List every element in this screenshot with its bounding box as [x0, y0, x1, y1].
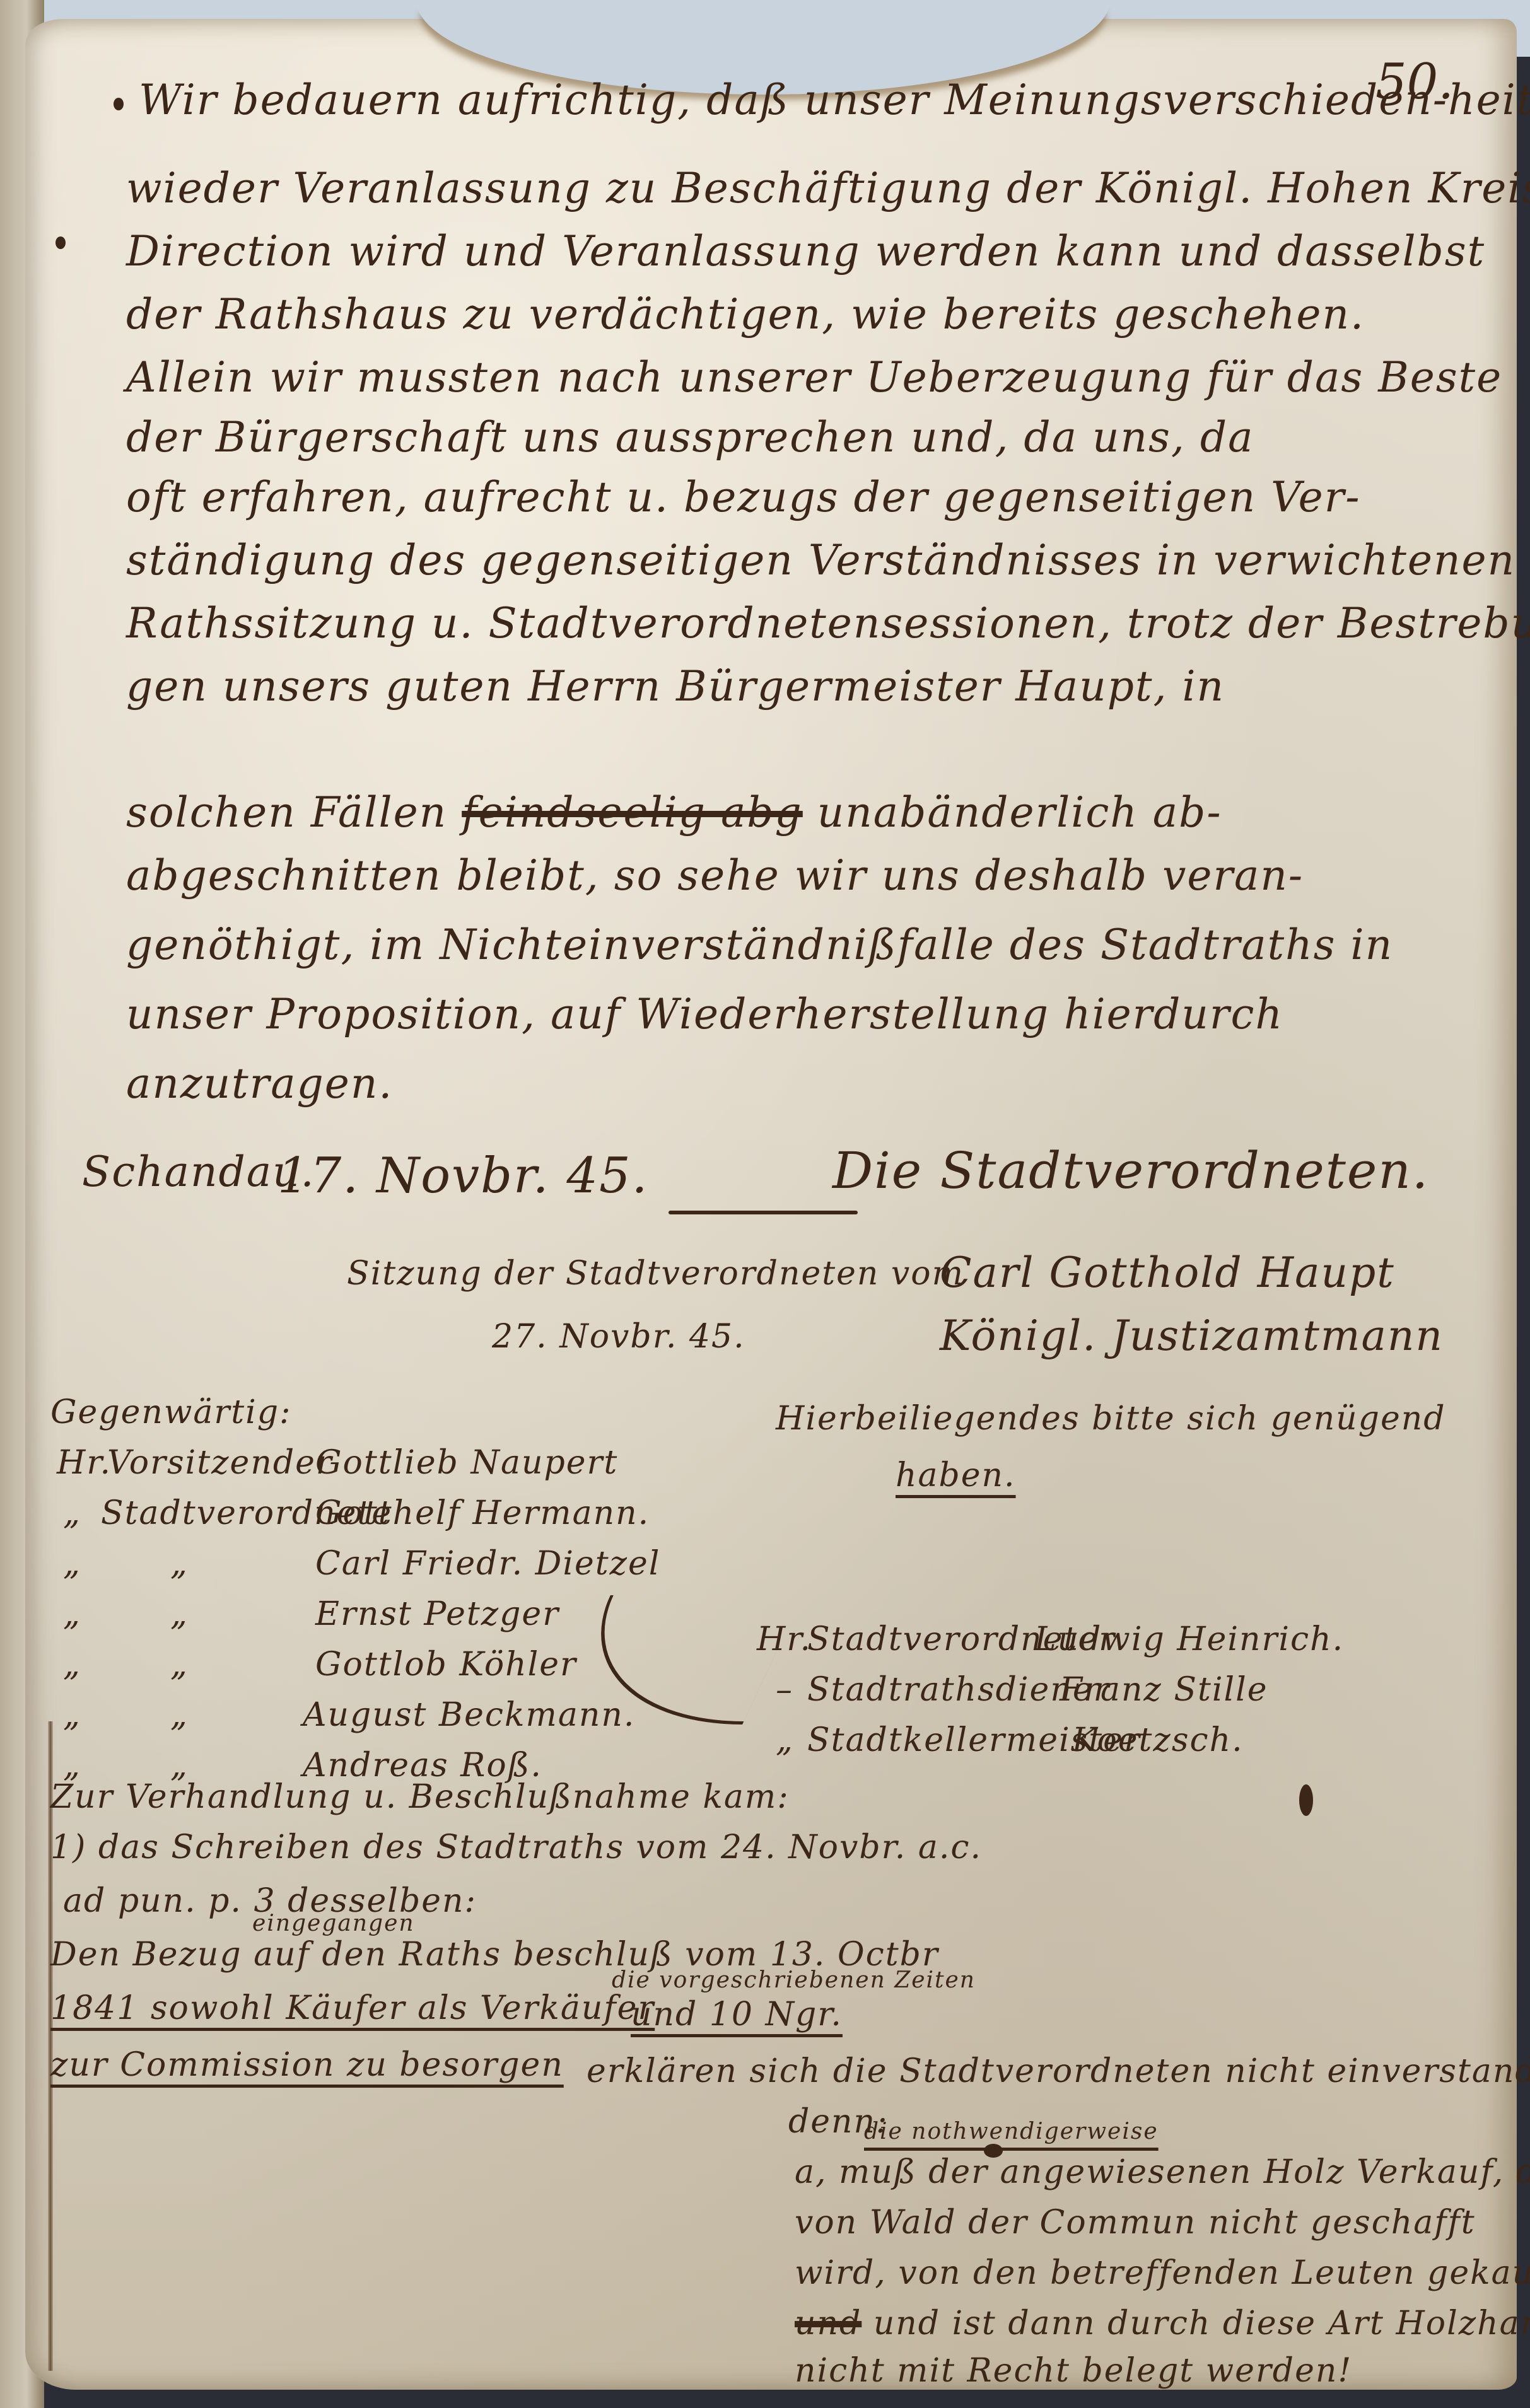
- session-heading: Sitzung der Stadtverordneten vom: [347, 1255, 964, 1293]
- text-line: Allein wir mussten nach unserer Ueberzeu…: [126, 353, 1502, 402]
- session-note: Hierbeiliegendes bitte sich genügend: [776, 1400, 1446, 1438]
- text-line: Wir bedauern aufrichtig, daß unser Meinu…: [139, 76, 1530, 124]
- divider-rule: [669, 1211, 858, 1214]
- text-line: solchen Fällen feindseelig abg unabänder…: [126, 788, 1222, 837]
- inserted-text: eingegangen: [252, 1911, 415, 1936]
- attendee-prefix: „: [63, 1595, 81, 1633]
- response-line: und und ist dann durch diese Art Holzhan…: [795, 2305, 1530, 2342]
- text-line: Rathssitzung u. Stadtverordnetensessione…: [126, 599, 1530, 648]
- attendee-name: August Beckmann.: [303, 1696, 635, 1734]
- text-line: Direction wird und Veranlassung werden k…: [126, 227, 1485, 276]
- text-line: oft erfahren, aufrecht u. bezugs der geg…: [126, 473, 1361, 521]
- attendee-name: Carl Friedr. Dietzel: [315, 1545, 660, 1583]
- attendee-name: Franz Stille: [1060, 1671, 1268, 1709]
- inserted-text: die vorgeschriebenen Zeiten: [612, 1967, 976, 1993]
- text-fragment: solchen Fällen: [126, 788, 447, 837]
- agenda-intro: Zur Verhandlung u. Beschlußnahme kam:: [50, 1778, 790, 1816]
- agenda-item-line: zur Commission zu besorgen: [50, 2046, 564, 2084]
- text-fragment: und ist dann durch diese Art Holzhandlun…: [873, 2305, 1530, 2342]
- ink-blot: [984, 2144, 1003, 2158]
- attendee-prefix: „: [63, 1696, 81, 1734]
- attendee-name: Koetzsch.: [1072, 1721, 1244, 1759]
- text-line: gen unsers guten Herrn Bürgermeister Hau…: [126, 662, 1225, 711]
- text-line: der Bürgerschaft uns aussprechen und, da…: [126, 413, 1254, 462]
- session-date: 27. Novbr. 45.: [492, 1318, 745, 1356]
- attendee-prefix: „: [63, 1494, 81, 1532]
- response-line: erklären sich die Stadtverordneten nicht…: [587, 2052, 1530, 2090]
- response-line: wird, von den betreffenden Leuten gekauf…: [795, 2254, 1530, 2292]
- response-line: nicht mit Recht belegt werden!: [795, 2352, 1352, 2390]
- attendee-role: „: [170, 1646, 189, 1684]
- session-note-end: haben.: [896, 1457, 1016, 1494]
- text-line: wieder Veranlassung zu Beschäftigung der…: [126, 164, 1530, 212]
- closing-signatory: Die Stadtverordneten.: [832, 1141, 1429, 1200]
- ink-blot: [55, 236, 66, 249]
- text-line: anzutragen.: [126, 1059, 393, 1108]
- response-line: von Wald der Commun nicht geschafft: [795, 2204, 1476, 2242]
- ink-blot: [1299, 1784, 1313, 1816]
- closing-date: 17. Novbr. 45.: [277, 1148, 648, 1204]
- attendee-role: „: [170, 1545, 189, 1583]
- attendance-label: Gegenwärtig:: [50, 1393, 292, 1431]
- inserted-text: und 10 Ngr.: [631, 1996, 843, 2033]
- text-line: unser Proposition, auf Wiederherstellung…: [126, 990, 1283, 1038]
- attendee-role: „: [170, 1595, 189, 1633]
- agenda-item-line: 1841 sowohl Käufer als Verkäufer: [50, 1989, 655, 2027]
- attendee-name: Ludwig Heinrich.: [1034, 1620, 1344, 1658]
- attendee-name: Gotthelf Hermann.: [315, 1494, 650, 1532]
- response-line: a, muß der angewiesenen Holz Verkauf, de…: [795, 2153, 1530, 2191]
- attendee-name: Ernst Petzger: [315, 1595, 559, 1633]
- attendee-prefix: „: [63, 1646, 81, 1684]
- attendee-prefix: Hr.: [757, 1620, 812, 1658]
- ink-blot: [114, 98, 124, 110]
- attendee-name: Gottlieb Naupert: [315, 1444, 618, 1482]
- text-line: der Rathshaus zu verdächtigen, wie berei…: [126, 290, 1365, 339]
- attendee-prefix: Hr.: [57, 1444, 112, 1482]
- attendee-role: Vorsitzender: [107, 1444, 333, 1482]
- manuscript-page: 50. Wir bedauern aufrichtig, daß unser M…: [25, 19, 1517, 2390]
- attendee-prefix: „: [776, 1721, 794, 1759]
- session-right-name: Carl Gotthold Haupt: [940, 1248, 1395, 1297]
- session-right-title: Königl. Justizamtmann: [940, 1312, 1444, 1360]
- text-line: abgeschnitten bleibt, so sehe wir uns de…: [126, 851, 1304, 900]
- attendee-prefix: –: [776, 1671, 793, 1709]
- attendee-prefix: „: [63, 1545, 81, 1583]
- attendee-role: „: [170, 1696, 189, 1734]
- struck-text: und: [795, 2305, 861, 2342]
- text-fragment: unabänderlich ab-: [817, 788, 1222, 837]
- text-line: ständigung des gegenseitigen Verständnis…: [126, 536, 1515, 585]
- text-line: genöthigt, im Nichteinverständnißfalle d…: [126, 921, 1393, 969]
- agenda-item-line: 1) das Schreiben des Stadtraths vom 24. …: [50, 1829, 982, 1866]
- attendee-name: Gottlob Köhler: [315, 1646, 577, 1684]
- inserted-text: die nothwendigerweise: [864, 2119, 1159, 2144]
- struck-text: feindseelig abg: [462, 788, 803, 837]
